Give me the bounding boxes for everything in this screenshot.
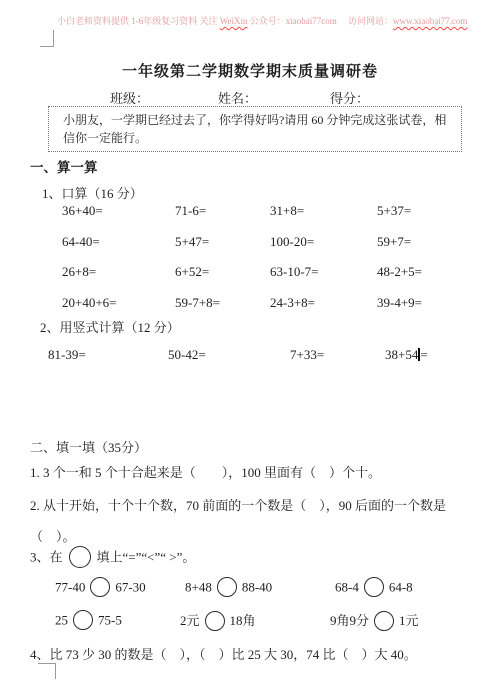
oral-problem[interactable]: 59+7= — [377, 234, 468, 265]
comparison-right: 75-5 — [98, 612, 122, 627]
watermark-header: 小白老师资料提供 1-6年级复习资料 关注 WeiXin 公众号：xiaobai… — [57, 15, 477, 27]
question-3-suffix: 填上“=”“<”“ >”。 — [97, 549, 196, 564]
oral-calc-label[interactable]: 1、口算（16 分） — [42, 183, 143, 202]
comparison-left: 68-4 — [335, 579, 359, 594]
name-label[interactable]: 姓名： — [218, 88, 257, 107]
comparison-circle — [69, 546, 91, 568]
vertical-calc-label[interactable]: 2、用竖式计算（12 分） — [40, 317, 180, 336]
watermark-site-url: www.xiaobai77.com — [393, 16, 467, 26]
vertical-problem[interactable]: 81-39= — [48, 347, 168, 363]
vertical-calc-row: 81-39= 50-42= 7+33= 38+54= — [48, 347, 468, 363]
comparison-circle[interactable] — [364, 577, 384, 597]
comparison-item[interactable]: 2575-5 — [55, 610, 122, 633]
oral-problem[interactable]: 71-6= — [175, 203, 270, 234]
comparison-item[interactable]: 9角9分1元 — [330, 610, 419, 634]
oral-calc-grid: 36+40= 71-6= 31+8= 5+37= 64-40= 5+47= 10… — [62, 203, 468, 325]
comparison-left: 8+48 — [185, 579, 212, 594]
comparison-item[interactable]: 2元18角 — [180, 610, 256, 634]
text-boundary-mark-top-left — [40, 30, 54, 47]
notice-box[interactable]: 小朋友，一学期已经过去了，你学得好吗?请用 60 分钟完成这张试卷，相信你一定能… — [48, 106, 462, 152]
oral-problem[interactable]: 24-3+8= — [270, 295, 377, 326]
comparison-item[interactable]: 68-464-8 — [335, 577, 413, 600]
comparison-circle[interactable] — [217, 577, 237, 597]
comparison-item[interactable]: 8+4888-40 — [185, 577, 272, 600]
score-label[interactable]: 得分： — [330, 88, 369, 107]
fill-question-3[interactable]: 3、在填上“=”“<”“ >”。 — [30, 546, 195, 571]
exam-document-page[interactable]: 小白老师资料提供 1-6年级复习资料 关注 WeiXin 公众号：xiaobai… — [0, 0, 500, 687]
vertical-problem[interactable]: 7+33= — [290, 347, 385, 363]
comparison-left: 77-40 — [55, 579, 85, 594]
oral-problem[interactable]: 64-40= — [62, 234, 175, 265]
oral-problem[interactable]: 36+40= — [62, 203, 175, 234]
watermark-text-2: 公众号：xiaobai77com 访问网站： — [248, 16, 394, 26]
comparison-right: 67-30 — [115, 579, 145, 594]
comparison-row-2: 2575-5 2元18角 9角9分1元 — [0, 610, 500, 640]
oral-problem[interactable]: 48-2+5= — [377, 264, 468, 295]
comparison-right: 1元 — [399, 613, 419, 628]
section2-heading[interactable]: 二、填一填（35分） — [30, 437, 147, 456]
oral-problem[interactable]: 59-7+8= — [175, 295, 270, 326]
vertical-problem-active[interactable]: 38+54= — [385, 347, 468, 363]
oral-problem[interactable]: 5+37= — [377, 203, 468, 234]
oral-problem[interactable]: 31+8= — [270, 203, 377, 234]
comparison-right: 18角 — [230, 613, 256, 628]
comparison-circle[interactable] — [90, 577, 110, 597]
oral-problem[interactable]: 26+8= — [62, 264, 175, 295]
watermark-wechat-word: WeiXin — [220, 16, 248, 26]
oral-problem[interactable]: 100-20= — [270, 234, 377, 265]
watermark-text-1: 小白老师资料提供 1-6年级复习资料 关注 — [57, 16, 220, 26]
comparison-right: 64-8 — [389, 579, 413, 594]
section1-heading[interactable]: 一、算一算 — [30, 156, 98, 176]
comparison-left: 25 — [55, 612, 68, 627]
comparison-left: 2元 — [180, 613, 200, 628]
vertical-problem[interactable]: 50-42= — [168, 347, 290, 363]
comparison-circle[interactable] — [374, 611, 394, 631]
comparison-right: 88-40 — [242, 579, 272, 594]
comparison-item[interactable]: 77-4067-30 — [55, 577, 146, 600]
exam-title[interactable]: 一年级第二学期数学期末质量调研卷 — [0, 60, 500, 81]
comparison-circle[interactable] — [73, 610, 93, 630]
question-3-prefix: 3、在 — [30, 549, 63, 564]
oral-problem[interactable]: 63-10-7= — [270, 264, 377, 295]
vertical-problem-equals: = — [420, 347, 427, 362]
oral-problem[interactable]: 5+47= — [175, 234, 270, 265]
text-boundary-mark-bottom-left — [38, 663, 56, 679]
vertical-problem-text: 38+54 — [385, 347, 418, 362]
comparison-left: 9角9分 — [330, 613, 369, 628]
fill-question-4[interactable]: 4、比 73 少 30 的数是（ ），（ ）比 25 大 30，74 比（ ）大… — [30, 644, 417, 663]
fill-question-2[interactable]: 2. 从十开始，十个十个数，70 前面的一个数是（ ），90 后面的一个数是（ … — [30, 490, 485, 552]
oral-problem[interactable]: 6+52= — [175, 264, 270, 295]
oral-problem[interactable]: 39-4+9= — [377, 295, 468, 326]
comparison-row-1: 77-4067-30 8+4888-40 68-464-8 — [0, 577, 500, 607]
comparison-circle[interactable] — [205, 611, 225, 631]
class-label[interactable]: 班级： — [110, 88, 149, 107]
fill-question-1[interactable]: 1. 3 个一和 5 个十合起来是（ ），100 里面有（ ）个十。 — [30, 462, 381, 481]
notice-text: 小朋友，一学期已经过去了，你学得好吗?请用 60 分钟完成这张试卷，相信你一定能… — [63, 113, 446, 145]
